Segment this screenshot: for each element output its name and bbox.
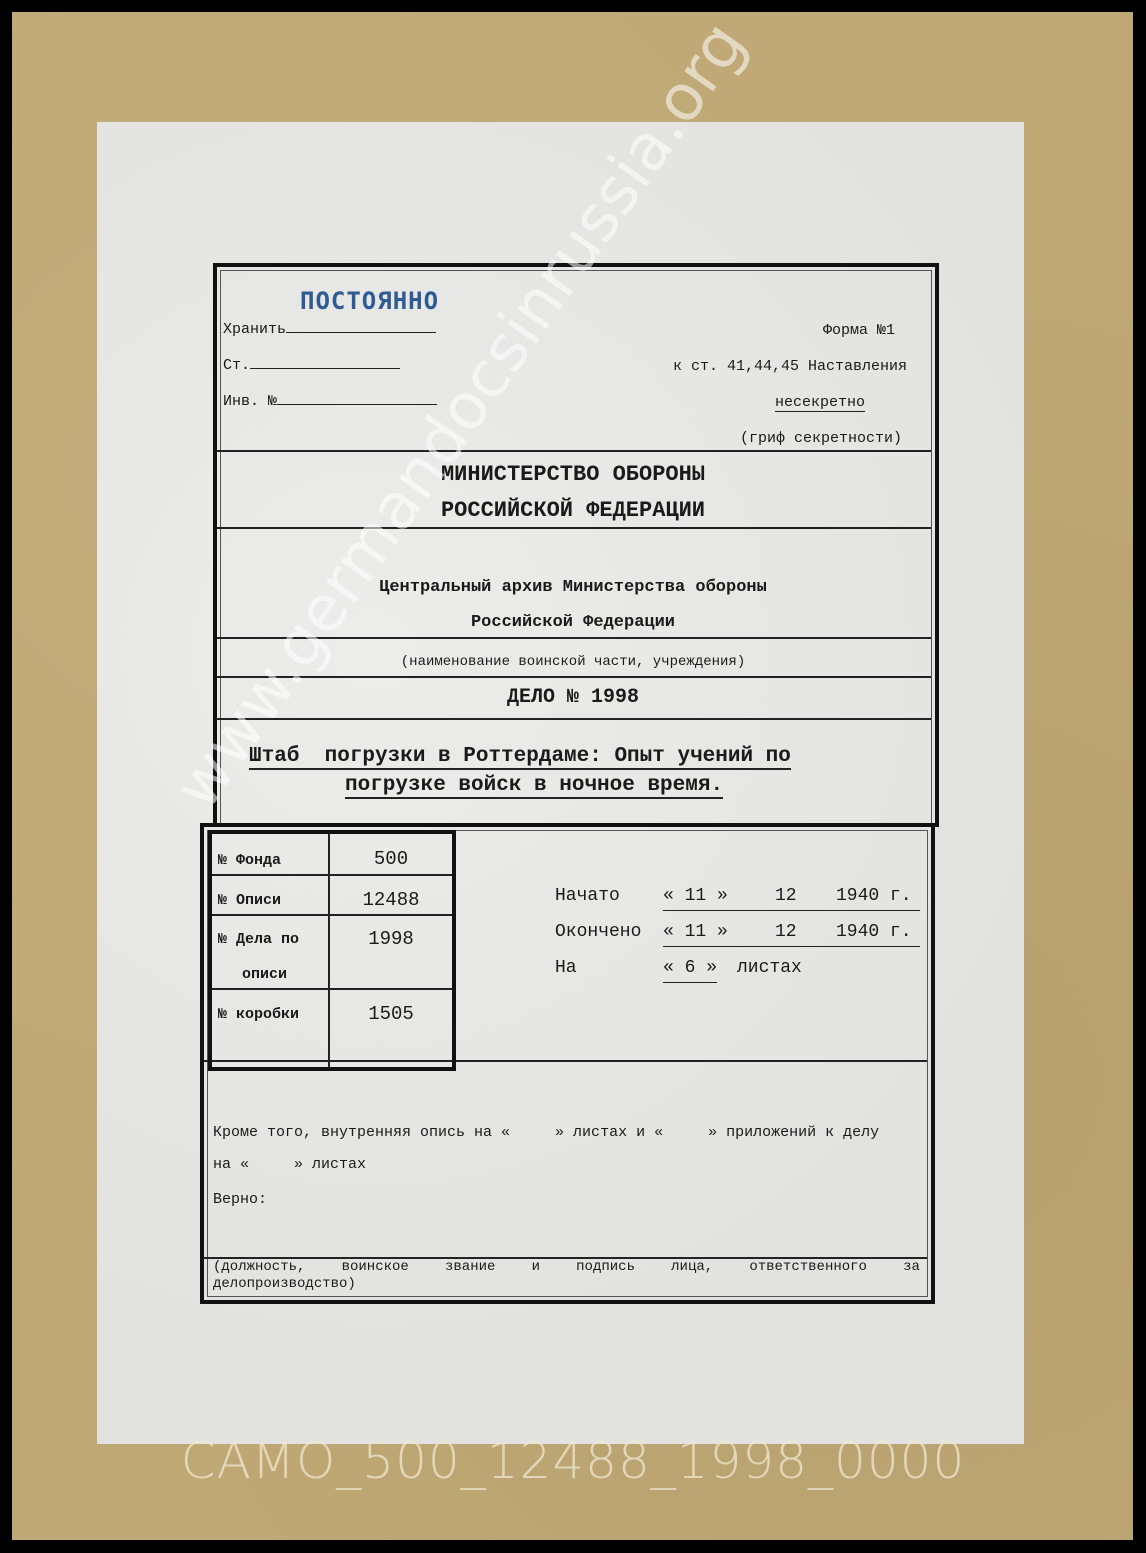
table-row: № Описи 12488: [212, 876, 452, 916]
inventory-note-line-2: на « » листах: [213, 1156, 366, 1173]
caption-word: ответственного: [749, 1259, 867, 1275]
ended-label: Окончено: [555, 922, 641, 942]
divider: [217, 676, 931, 678]
caption-word: звание: [445, 1259, 495, 1275]
started-year: 1940 г.: [836, 886, 912, 906]
opis-label: № Описи: [218, 892, 281, 909]
keep-field: Хранить: [223, 318, 436, 338]
delo-value: 1998: [332, 928, 450, 950]
divider: [217, 718, 931, 720]
sheets-suffix: листах: [737, 958, 802, 978]
started-month: 12: [775, 886, 797, 906]
inventory-note-line-1: Кроме того, внутренняя опись на « » лист…: [213, 1124, 879, 1141]
caption-word: воинское: [342, 1259, 409, 1275]
keep-blank: [286, 318, 436, 333]
ministry-line-2: РОССИЙСКОЙ ФЕДЕРАЦИИ: [0, 498, 1146, 523]
unit-line-1: Центральный архив Министерства обороны: [0, 578, 1146, 597]
box-label: № коробки: [218, 1006, 299, 1023]
article-blank: [250, 354, 400, 369]
divider: [217, 637, 931, 639]
inventory-label: Инв. №: [223, 393, 277, 410]
started-label: Начато: [555, 886, 620, 906]
article-label: Ст.: [223, 357, 250, 374]
caption-word: лица,: [671, 1259, 713, 1275]
registry-table: № Фонда 500 № Описи 12488 № Дела по опис…: [208, 830, 456, 1071]
started-date: « 11 » 12 1940 г.: [663, 886, 920, 911]
caption-word: подпись: [576, 1259, 635, 1275]
sheets-count: « 6 »: [663, 958, 717, 983]
table-row: № Фонда 500: [212, 834, 452, 876]
signature-caption-end: делопроизводство): [213, 1276, 356, 1292]
caption-word: за: [903, 1259, 920, 1275]
fond-value: 500: [332, 848, 450, 870]
divider: [217, 450, 931, 452]
divider: [217, 527, 931, 529]
ended-day: « 11 »: [663, 922, 728, 942]
box-value: 1505: [332, 1003, 450, 1025]
started-day: « 11 »: [663, 886, 728, 906]
article-field: Ст.: [223, 354, 400, 374]
caption-word: (должность,: [213, 1259, 305, 1275]
ended-month: 12: [775, 922, 797, 942]
case-subject-line-1: Штаб погрузки в Роттердаме: Опыт учений …: [249, 745, 791, 770]
ended-date: « 11 » 12 1940 г.: [663, 922, 920, 947]
archive-file-id: CAMO_500_12488_1998_0000: [0, 1432, 1146, 1490]
keep-label: Хранить: [223, 321, 286, 338]
signature-caption: (должность, воинское звание и подпись ли…: [213, 1259, 920, 1275]
fond-label: № Фонда: [218, 852, 281, 869]
inventory-blank: [277, 390, 437, 405]
verified-label: Верно:: [213, 1191, 267, 1208]
unit-caption: (наименование воинской части, учреждения…: [0, 654, 1146, 670]
delo-label-2: описи: [242, 966, 287, 983]
table-row: № Дела по описи 1998: [212, 916, 452, 990]
sheets-label: На: [555, 958, 577, 978]
form-number: Форма №1: [823, 322, 895, 339]
retention-stamp: ПОСТОЯННО: [300, 287, 439, 315]
classification-caption: (гриф секретности): [740, 430, 902, 447]
ministry-line-1: МИНИСТЕРСТВО ОБОРОНЫ: [0, 462, 1146, 487]
unit-line-2: Российской Федерации: [0, 613, 1146, 632]
ended-year: 1940 г.: [836, 922, 912, 942]
form-frame-upper: [213, 263, 939, 827]
case-number: ДЕЛО № 1998: [0, 686, 1146, 709]
regulation-reference: к ст. 41,44,45 Наставления: [673, 358, 907, 375]
classification: несекретно: [775, 394, 865, 412]
inventory-field: Инв. №: [223, 390, 437, 410]
delo-label: № Дела по: [218, 931, 299, 948]
caption-word: и: [532, 1259, 540, 1275]
table-row: № коробки 1505: [212, 990, 452, 1063]
opis-value: 12488: [332, 889, 450, 911]
case-subject-line-2: погрузке войск в ночное время.: [345, 774, 723, 799]
